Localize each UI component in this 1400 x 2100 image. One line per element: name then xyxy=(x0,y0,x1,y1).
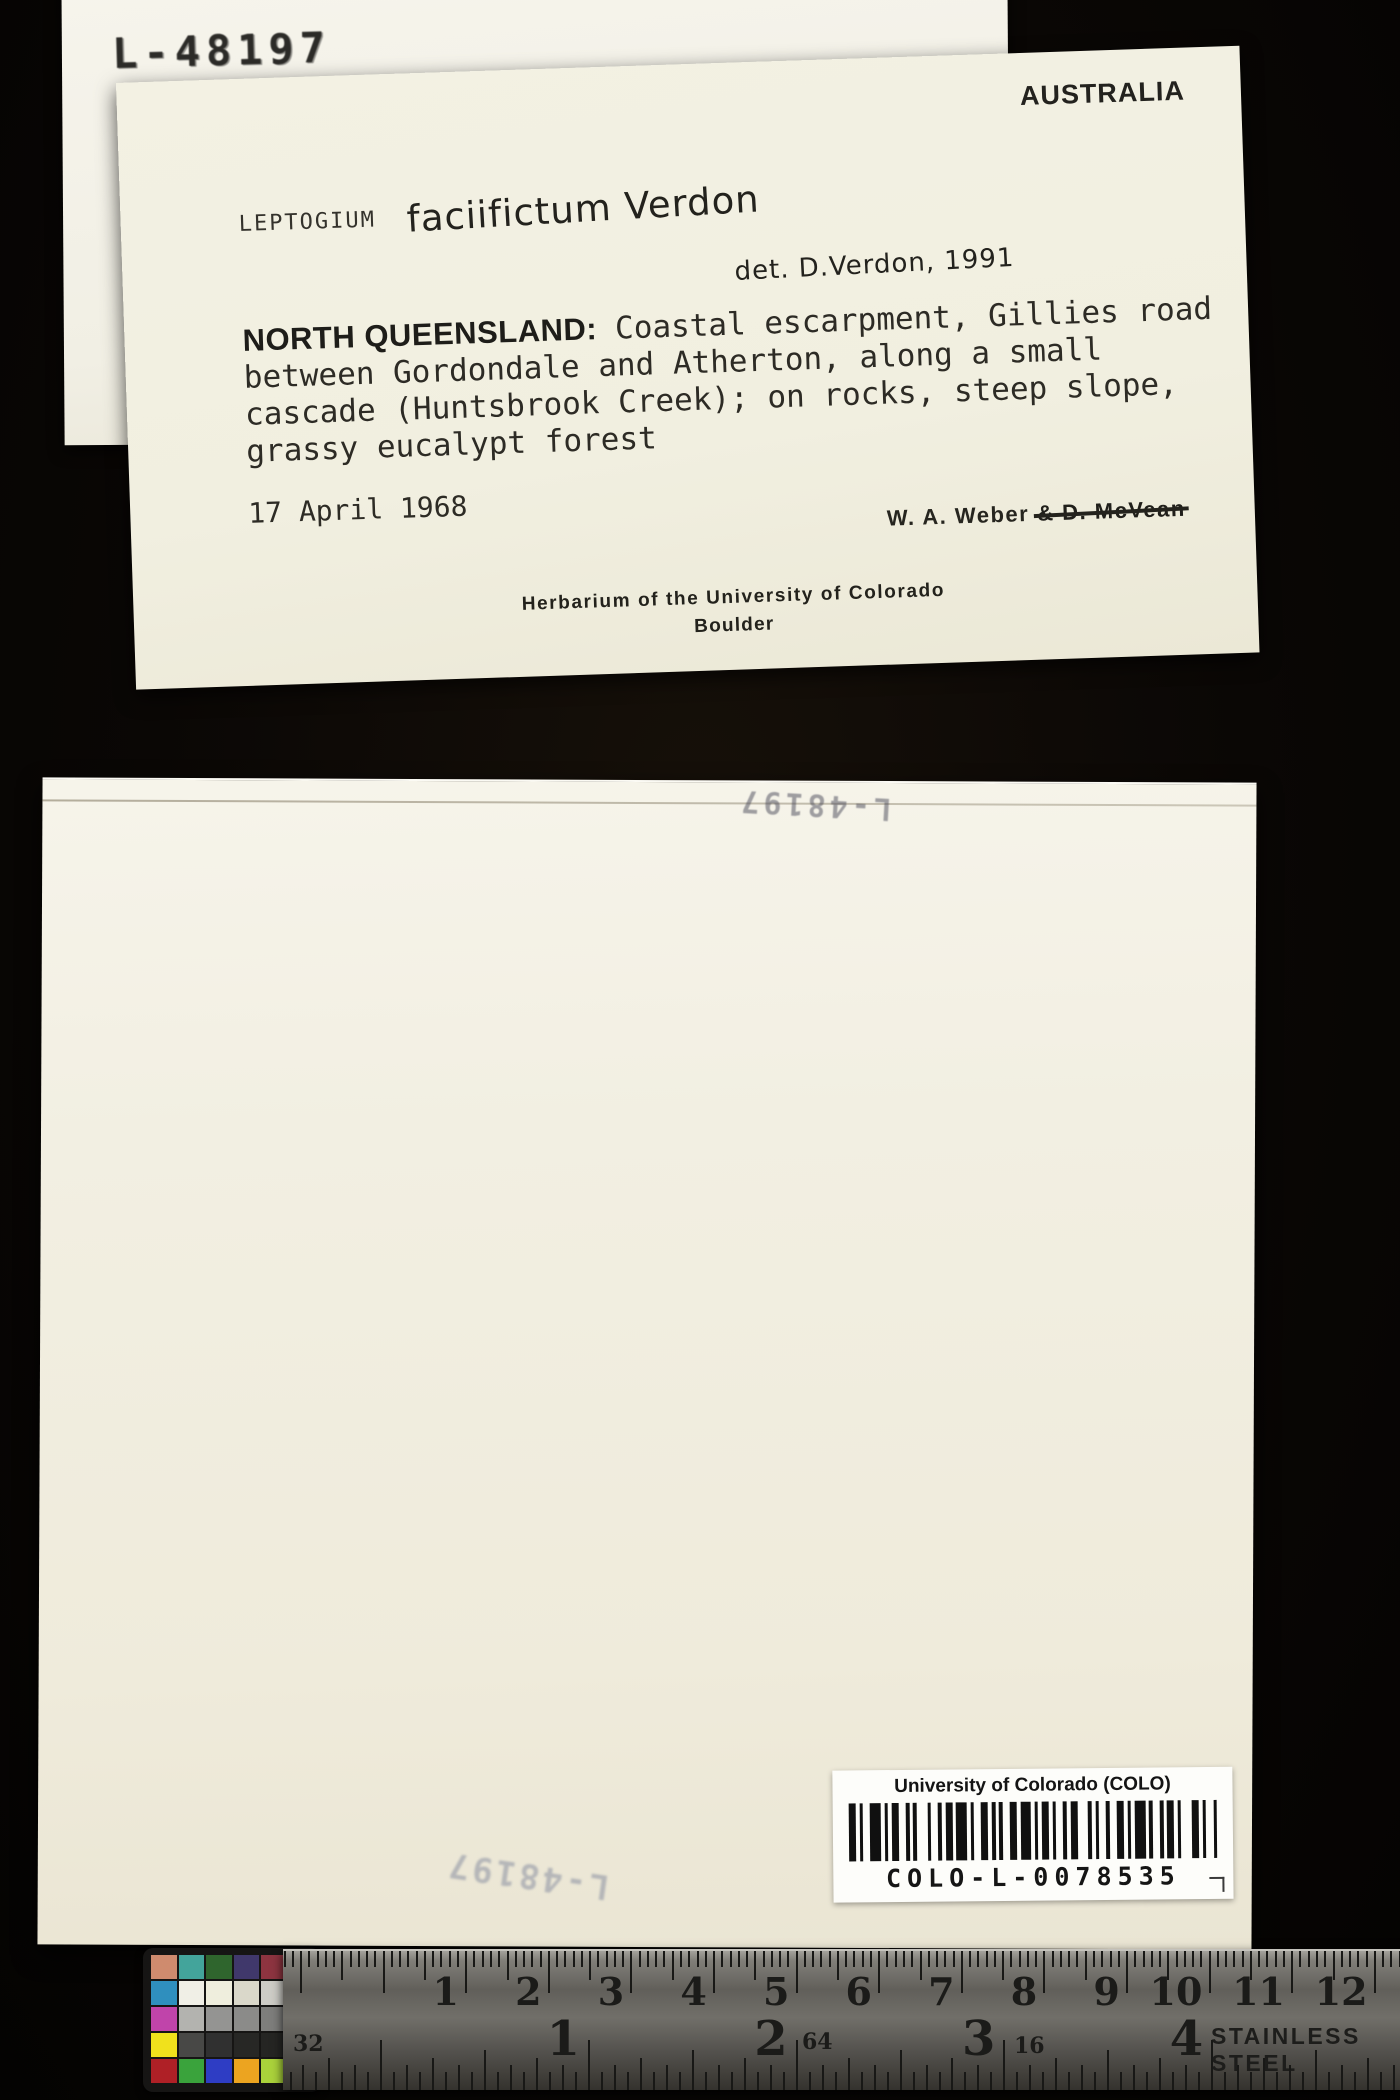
ruler-tick xyxy=(1382,1951,1384,1967)
barcode-bar xyxy=(1181,1800,1192,1858)
institution-imprint: Herbarium of the University of Colorado … xyxy=(133,569,1258,656)
color-swatch xyxy=(179,1955,205,1979)
ruler-tick xyxy=(1110,1951,1112,1967)
ruler-tick xyxy=(1151,1951,1153,1967)
ruler-tick xyxy=(878,1951,880,1993)
ruler-tick xyxy=(679,2072,681,2090)
ruler-tick xyxy=(564,1951,566,1967)
ruler-cm-number: 1 xyxy=(403,1969,459,2014)
ruler-tick xyxy=(862,1951,864,1967)
ruler-tick xyxy=(1035,1951,1037,1967)
species-name-handwritten: faciifictum Verdon xyxy=(405,177,760,240)
ruler-tick xyxy=(490,1951,492,1967)
collector-line: W. A. Weber& D. McVean xyxy=(886,496,1186,532)
collector-struck-through: & D. McVean xyxy=(1037,496,1186,526)
ruler-tick xyxy=(1217,1951,1219,1967)
ruler-tick xyxy=(829,1951,831,1967)
ruler-tick xyxy=(1081,2065,1083,2090)
ruler-tick xyxy=(713,1951,715,1993)
ruler-tick xyxy=(1380,2072,1382,2090)
ruler-tick xyxy=(1349,1951,1351,1967)
ruler-tick xyxy=(1315,2050,1317,2090)
accession-stamp: L-48197 xyxy=(111,23,331,78)
faint-accession-stamp-top: L-48197 xyxy=(737,782,893,826)
ruler-tick xyxy=(465,1951,467,1993)
ruler-tick xyxy=(482,1951,484,1967)
barcode-label: University of Colorado (COLO) COLO-L-007… xyxy=(832,1767,1233,1903)
color-swatch xyxy=(206,1955,232,1979)
determination-note: det. D.Verdon, 1991 xyxy=(734,243,1015,287)
ruler-tick xyxy=(523,2072,525,2090)
ruler-tick xyxy=(886,1951,888,1967)
ruler-tick xyxy=(383,1951,385,1993)
ruler-tick xyxy=(680,1951,682,1967)
barcode-bar xyxy=(1020,1802,1031,1860)
ruler-tick xyxy=(1176,1951,1178,1967)
ruler-tick xyxy=(705,2072,707,2090)
ruler-tick xyxy=(367,2072,369,2090)
ruler-tick xyxy=(1367,2058,1369,2090)
ruler-tick xyxy=(848,2058,850,2090)
ruler-tick xyxy=(1211,2040,1213,2090)
ruler-tick xyxy=(1224,2072,1226,2090)
ruler-tick xyxy=(498,1951,500,1967)
ruler-tick xyxy=(1060,1951,1062,1967)
ruler-tick xyxy=(730,1951,732,1967)
ruler-cm-number: 12 xyxy=(1312,1969,1368,2014)
ruler-tick xyxy=(399,1951,401,1967)
ruler-tick xyxy=(1134,1951,1136,1967)
ruler-tick xyxy=(1258,1951,1260,1967)
ruler-tick xyxy=(1029,2065,1031,2090)
color-swatch xyxy=(179,1981,205,2005)
ruler-tick xyxy=(548,1951,550,1993)
ruler-cm-number: 9 xyxy=(1064,1969,1120,2014)
ruler-tick xyxy=(440,1951,442,1967)
ruler-tick xyxy=(366,1951,368,1967)
ruler-tick xyxy=(302,2065,304,2090)
ruler-tick xyxy=(1250,2072,1252,2090)
specimen-photo: L-48197 AUSTRALIA LEPTOGIUM faciifictum … xyxy=(0,0,1400,2100)
ruler-tick xyxy=(354,2065,356,2090)
ruler-tick xyxy=(1302,2072,1304,2090)
ruler-tick xyxy=(597,1951,599,1967)
ruler-inch-number: 1 xyxy=(524,2011,580,2067)
ruler-tick xyxy=(1263,2058,1265,2090)
ruler-tick xyxy=(697,1951,699,1967)
color-swatch xyxy=(234,2059,260,2083)
ruler-tick xyxy=(531,1951,533,1967)
ruler-tick xyxy=(1159,1951,1161,1967)
color-swatch xyxy=(151,1981,177,2005)
ruler-tick xyxy=(1027,1951,1029,1967)
ruler-tick xyxy=(731,2072,733,2090)
ruler-tick xyxy=(497,2072,499,2090)
ruler-tick xyxy=(990,2072,992,2090)
ruler-tick xyxy=(1328,2072,1330,2090)
color-swatch xyxy=(206,2007,232,2031)
ruler-tick xyxy=(870,1951,872,1967)
ruler-cm-number: 8 xyxy=(981,1969,1037,2014)
ruler-tick xyxy=(1341,2065,1343,2090)
ruler-cm-number: 10 xyxy=(1146,1969,1202,2014)
ruler-tick xyxy=(419,2072,421,2090)
ruler-tick xyxy=(639,1951,641,1967)
barcode-number: COLO-L-0078535 xyxy=(833,1861,1233,1894)
ruler-tick xyxy=(688,1951,690,1967)
ruler-tick xyxy=(556,1951,558,1967)
ruler-tick xyxy=(1042,2072,1044,2090)
ruler-cm-number: 4 xyxy=(651,1969,707,2014)
ruler-tick xyxy=(391,1951,393,1967)
ruler-tick xyxy=(853,1951,855,1967)
ruler-tick xyxy=(1068,2072,1070,2090)
ruler-brand-text: STAINLESS STEEL xyxy=(1211,2023,1400,2077)
ruler-tick xyxy=(1316,1951,1318,1967)
ruler-tick xyxy=(484,2050,486,2090)
ruler-inch-number: 2 xyxy=(732,2011,788,2067)
ruler-tick xyxy=(653,2072,655,2090)
ruler-tick xyxy=(1276,2072,1278,2090)
ruler-tick xyxy=(1094,2072,1096,2090)
ruler-tick xyxy=(746,1951,748,1967)
ruler-tick xyxy=(1242,1951,1244,1967)
ruler-tick xyxy=(812,1951,814,1967)
ruler-tick xyxy=(913,2072,915,2090)
ruler-tick xyxy=(1299,1951,1301,1967)
ruler-tick xyxy=(341,1951,343,1980)
ruler-tick xyxy=(614,2065,616,2090)
ruler-tick xyxy=(1192,1951,1194,1967)
ruler-tick xyxy=(1289,2065,1291,2090)
ruler-tick xyxy=(770,2065,772,2090)
ruler-tick xyxy=(820,1951,822,1967)
color-swatch xyxy=(206,2059,232,2083)
ruler-cm-number: 5 xyxy=(733,1969,789,2014)
ruler-tick xyxy=(738,1951,740,1967)
ruler-tick xyxy=(1052,1951,1054,1967)
barcode-bar xyxy=(1135,1801,1146,1859)
ruler-tick xyxy=(718,2065,720,2090)
ruler-tick xyxy=(835,2072,837,2090)
ruler-tick xyxy=(1101,1951,1103,1967)
faint-accession-stamp-bottom: L-48197 xyxy=(444,1844,612,1907)
ruler-tick xyxy=(939,2072,941,2090)
genus-name: LEPTOGIUM xyxy=(238,207,376,237)
ruler-tick xyxy=(341,2072,343,2090)
ruler-fraction-label: 32 xyxy=(293,2031,324,2057)
barcode-institution-title: University of Colorado (COLO) xyxy=(832,1773,1232,1799)
ruler-tick xyxy=(622,1951,624,1967)
barcode-bar xyxy=(917,1803,928,1861)
ruler-tick xyxy=(796,2040,798,2090)
ruler-tick xyxy=(986,1951,988,1967)
color-swatch xyxy=(206,1981,232,2005)
color-swatch xyxy=(151,2059,177,2083)
ruler-tick xyxy=(1209,1951,1211,1993)
ruler-tick xyxy=(308,1951,310,1967)
ruler-tick xyxy=(1393,2065,1395,2090)
ruler-tick xyxy=(1184,1951,1186,1967)
ruler-tick xyxy=(964,2072,966,2090)
ruler-tick xyxy=(1200,1951,1202,1967)
ruler-tick xyxy=(627,2072,629,2090)
ruler-tick xyxy=(663,1951,665,1967)
registration-corner-mark xyxy=(1209,1877,1224,1892)
color-swatch xyxy=(234,1981,260,2005)
ruler-fraction-label: 64 xyxy=(802,2029,833,2055)
ruler-tick xyxy=(328,2058,330,2090)
ruler-tick xyxy=(1118,1951,1120,1967)
ruler-tick xyxy=(796,1951,798,1993)
ruler-tick xyxy=(515,1951,517,1967)
color-swatch xyxy=(151,1955,177,1979)
ruler-tick xyxy=(1172,2072,1174,2090)
color-swatch xyxy=(234,1955,260,1979)
ruler-tick xyxy=(471,2072,473,2090)
ruler-tick xyxy=(445,2072,447,2090)
ruler-tick xyxy=(1275,1951,1277,1967)
ruler-tick xyxy=(845,1951,847,1967)
ruler-tick xyxy=(895,1951,897,1967)
ruler-tick xyxy=(1016,2072,1018,2090)
ruler-tick xyxy=(928,1951,930,1967)
ruler-tick xyxy=(540,1951,542,1967)
barcode-bar xyxy=(1213,1800,1217,1858)
ruler-tick xyxy=(630,1951,632,1993)
color-swatch xyxy=(206,2033,232,2057)
ruler-tick xyxy=(721,1951,723,1967)
ruler-tick xyxy=(692,2050,694,2090)
ruler-tick xyxy=(614,1951,616,1967)
collector-name: W. A. Weber xyxy=(886,501,1029,531)
ruler-tick xyxy=(432,1951,434,1967)
ruler-tick xyxy=(1357,1951,1359,1967)
barcode xyxy=(849,1800,1218,1862)
ruler-tick xyxy=(606,1951,608,1967)
ruler-tick xyxy=(822,2065,824,2090)
color-swatch xyxy=(234,2007,260,2031)
ruler-inch-number: 3 xyxy=(939,2011,995,2067)
ruler-tick xyxy=(1076,1951,1078,1967)
ruler-tick xyxy=(994,1951,996,1967)
ruler-tick xyxy=(325,1951,327,1967)
ruler-tick xyxy=(573,1951,575,1967)
barcode-bar xyxy=(956,1802,967,1860)
ruler-tick xyxy=(1374,1951,1376,1993)
ruler-tick xyxy=(333,1951,335,1967)
ruler-tick xyxy=(562,2065,564,2090)
barcode-bar xyxy=(870,1803,881,1861)
ruler-tick xyxy=(416,1951,418,1967)
barcode-bar xyxy=(1077,1801,1088,1859)
specimen-packet: L-48197 L-48197 University of Colorado (… xyxy=(37,777,1256,1949)
ruler-tick xyxy=(1283,1951,1285,1967)
ruler-tick xyxy=(804,1951,806,1967)
ruler-tick xyxy=(1198,2072,1200,2090)
ruler-tick xyxy=(666,2065,668,2090)
ruler-tick xyxy=(771,1951,773,1967)
ruler-tick xyxy=(911,1951,913,1967)
ruler-tick xyxy=(779,1951,781,1967)
ruler-tick xyxy=(374,1951,376,1967)
ruler-tick xyxy=(944,1951,946,1967)
ruler-tick xyxy=(315,2072,317,2090)
ruler-tick xyxy=(1308,1951,1310,1967)
ruler-tick xyxy=(510,2065,512,2090)
ruler-tick xyxy=(350,1951,352,1967)
ruler-tick xyxy=(969,1951,971,1967)
ruler-tick xyxy=(549,2072,551,2090)
ruler-tick xyxy=(1093,1951,1095,1967)
ruler-tick xyxy=(936,1951,938,1967)
color-swatch xyxy=(234,2033,260,2057)
ruler-tick xyxy=(655,1951,657,1967)
ruler-cm-number: 2 xyxy=(486,1969,542,2014)
ruler-tick xyxy=(1043,1951,1045,1993)
ruler-tick xyxy=(292,1951,294,1967)
ruler-tick xyxy=(1237,2065,1239,2090)
ruler-tick xyxy=(1146,2072,1148,2090)
ruler-tick xyxy=(887,2072,889,2090)
ruler-tick xyxy=(1107,2050,1109,2090)
ruler-tick xyxy=(903,1951,905,1967)
ruler-tick xyxy=(1291,1951,1293,1993)
collection-date: 17 April 1968 xyxy=(248,490,468,530)
packet-crease xyxy=(42,799,1256,806)
ruler-tick xyxy=(977,2065,979,2090)
ruler-tick xyxy=(432,2058,434,2090)
ruler-tick xyxy=(284,1951,286,1967)
country-label: AUSTRALIA xyxy=(1019,76,1185,112)
ruler-tick xyxy=(1324,1951,1326,1967)
ruler-tick xyxy=(705,1951,707,1967)
ruler-tick xyxy=(926,2065,928,2090)
ruler-tick xyxy=(1366,1951,1368,1967)
ruler-tick xyxy=(647,1951,649,1967)
ruler-tick xyxy=(783,2072,785,2090)
ruler-tick xyxy=(861,2072,863,2090)
ruler-tick xyxy=(953,1951,955,1967)
ruler-tick xyxy=(1185,2065,1187,2090)
ruler-tick xyxy=(290,2072,292,2090)
ruler-tick xyxy=(1003,2040,1005,2090)
ruler-tick xyxy=(1225,1951,1227,1967)
ruler-tick xyxy=(1390,1951,1392,1967)
ruler-cm-number: 3 xyxy=(568,1969,624,2014)
color-swatch xyxy=(151,2033,177,2057)
color-swatch xyxy=(151,2007,177,2031)
ruler-tick xyxy=(1266,1951,1268,1967)
ruler-tick xyxy=(900,2050,902,2090)
ruler-tick xyxy=(787,1951,789,1967)
ruler-cm-number: 6 xyxy=(816,1969,872,2014)
ruler-tick xyxy=(380,2040,382,2090)
ruler-tick xyxy=(1354,2072,1356,2090)
ruler-tick xyxy=(1143,1951,1145,1967)
scientific-name-line: LEPTOGIUM faciifictum Verdon xyxy=(238,180,760,240)
ruler-tick xyxy=(1120,2072,1122,2090)
label-card: AUSTRALIA LEPTOGIUM faciifictum Verdon d… xyxy=(116,46,1260,690)
ruler-tick xyxy=(406,2065,408,2090)
locality-block: NORTH QUEENSLAND:Coastal escarpment, Gil… xyxy=(242,290,1226,470)
ruler-tick xyxy=(300,1951,302,1993)
ruler-tick xyxy=(961,1951,963,1993)
ruler-tick xyxy=(317,1951,319,1967)
ruler-tick xyxy=(977,1951,979,1967)
ruler-tick xyxy=(874,2065,876,2090)
ruler-tick xyxy=(575,2072,577,2090)
ruler-tick xyxy=(407,1951,409,1967)
ruler-tick xyxy=(458,2065,460,2090)
ruler-tick xyxy=(581,1951,583,1967)
ruler-cm-number: 11 xyxy=(1229,1969,1285,2014)
ruler-tick xyxy=(1341,1951,1343,1967)
ruler-tick xyxy=(1010,1951,1012,1967)
ruler-tick xyxy=(1019,1951,1021,1967)
color-swatch xyxy=(179,2033,205,2057)
ruler-cm-number: 7 xyxy=(899,1969,955,2014)
ruler-tick xyxy=(1068,1951,1070,1967)
ruler-tick xyxy=(449,1951,451,1967)
color-swatch xyxy=(179,2059,205,2083)
ruler-tick xyxy=(523,1951,525,1967)
ruler-tick xyxy=(473,1951,475,1967)
ruler-tick xyxy=(763,1951,765,1967)
ruler-tick xyxy=(588,2040,590,2090)
ruler-tick xyxy=(1055,2058,1057,2090)
ruler-inch-number: 4 xyxy=(1147,2011,1203,2067)
ruler-fraction-label: 16 xyxy=(1014,2033,1045,2059)
ruler-tick xyxy=(809,2072,811,2090)
ruler-tick xyxy=(1126,1951,1128,1993)
color-swatch xyxy=(179,2007,205,2031)
ruler-tick xyxy=(393,2072,395,2090)
ruler-tick xyxy=(457,1951,459,1967)
ruler-tick xyxy=(1133,2065,1135,2090)
ruler-tick xyxy=(601,2072,603,2090)
ruler-tick xyxy=(757,2072,759,2090)
ruler-tick xyxy=(1233,1951,1235,1967)
ruler-tick xyxy=(640,2058,642,2090)
ruler-tick xyxy=(358,1951,360,1967)
metal-ruler: STAINLESS STEEL 123456789101112123432641… xyxy=(283,1949,1400,2090)
